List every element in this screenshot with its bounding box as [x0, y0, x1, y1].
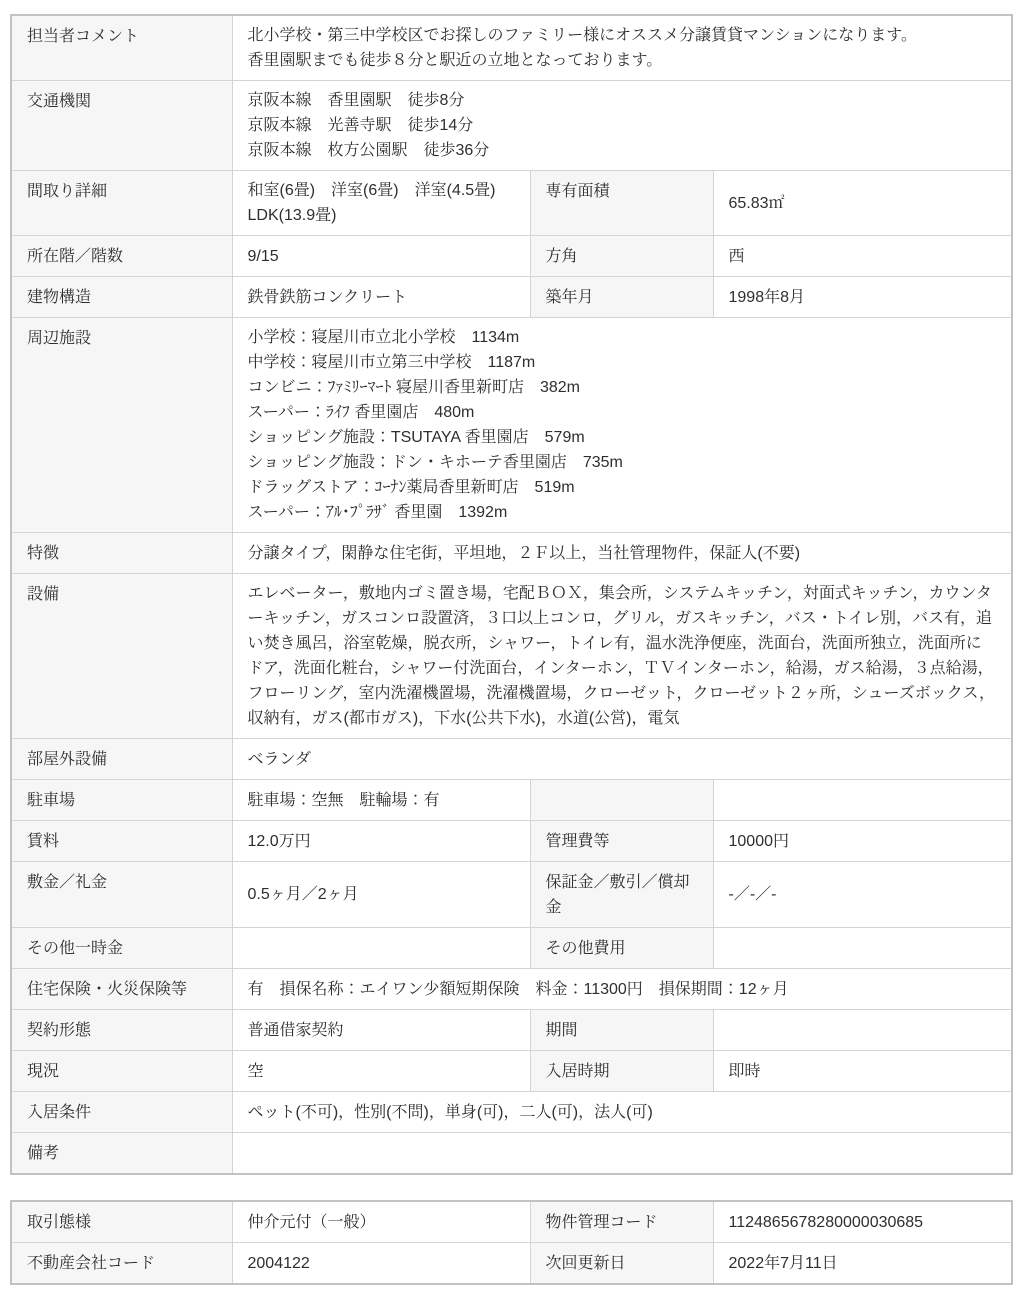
field-value: 0.5ヶ月／2ヶ月	[232, 862, 530, 928]
table-row: 現況空入居時期即時	[11, 1051, 1012, 1092]
transaction-info-table: 取引態様仲介元付（一般）物件管理コード112486567828000003068…	[10, 1200, 1013, 1285]
property-detail-table: 担当者コメント北小学校・第三中学校区でお探しのファミリー様にオススメ分譲賃貸マン…	[10, 14, 1013, 1175]
field-value: 12.0万円	[232, 821, 530, 862]
field-value: 1998年8月	[713, 277, 1012, 318]
field-label: 期間	[530, 1010, 713, 1051]
table-row: 敷金／礼金0.5ヶ月／2ヶ月保証金／敷引／償却金-／-／-	[11, 862, 1012, 928]
table-row: 担当者コメント北小学校・第三中学校区でお探しのファミリー様にオススメ分譲賃貸マン…	[11, 15, 1012, 81]
table-row: 周辺施設小学校：寝屋川市立北小学校 1134m 中学校：寝屋川市立第三中学校 1…	[11, 318, 1012, 533]
field-label: 賃料	[11, 821, 232, 862]
field-label	[530, 780, 713, 821]
table-row: 所在階／階数9/15方角西	[11, 236, 1012, 277]
table-row: 契約形態普通借家契約期間	[11, 1010, 1012, 1051]
field-label: 保証金／敷引／償却金	[530, 862, 713, 928]
field-value	[713, 928, 1012, 969]
field-value: 仲介元付（一般）	[232, 1201, 530, 1243]
field-label: 設備	[11, 574, 232, 739]
field-label: 物件管理コード	[530, 1201, 713, 1243]
field-label: 間取り詳細	[11, 171, 232, 236]
field-value: 鉄骨鉄筋コンクリート	[232, 277, 530, 318]
table-row: 駐車場駐車場：空無 駐輪場：有	[11, 780, 1012, 821]
field-value: 2022年7月11日	[713, 1243, 1012, 1285]
field-value: エレベーター，敷地内ゴミ置き場，宅配ＢＯＸ，集会所，システムキッチン，対面式キッ…	[232, 574, 1012, 739]
field-value: -／-／-	[713, 862, 1012, 928]
table-row: 建物構造鉄骨鉄筋コンクリート築年月1998年8月	[11, 277, 1012, 318]
field-value: 北小学校・第三中学校区でお探しのファミリー様にオススメ分譲賃貸マンションになりま…	[232, 15, 1012, 81]
field-value: 9/15	[232, 236, 530, 277]
field-value: 有 損保名称：エイワン少額短期保険 料金：11300円 損保期間：12ヶ月	[232, 969, 1012, 1010]
field-label: 入居条件	[11, 1092, 232, 1133]
table-row: 取引態様仲介元付（一般）物件管理コード112486567828000003068…	[11, 1201, 1012, 1243]
field-value: 和室(6畳) 洋室(6畳) 洋室(4.5畳) LDK(13.9畳)	[232, 171, 530, 236]
field-value: 京阪本線 香里園駅 徒歩8分 京阪本線 光善寺駅 徒歩14分 京阪本線 枚方公園…	[232, 81, 1012, 171]
field-value: 西	[713, 236, 1012, 277]
field-value: 即時	[713, 1051, 1012, 1092]
table-row: 備考	[11, 1133, 1012, 1175]
field-label: 管理費等	[530, 821, 713, 862]
field-label: 特徴	[11, 533, 232, 574]
field-label: 建物構造	[11, 277, 232, 318]
field-label: 住宅保険・火災保険等	[11, 969, 232, 1010]
table-row: 不動産会社コード2004122次回更新日2022年7月11日	[11, 1243, 1012, 1285]
property-detail-page: 担当者コメント北小学校・第三中学校区でお探しのファミリー様にオススメ分譲賃貸マン…	[0, 0, 1024, 1305]
field-label: その他費用	[530, 928, 713, 969]
field-value: 駐車場：空無 駐輪場：有	[232, 780, 530, 821]
table-row: その他一時金その他費用	[11, 928, 1012, 969]
field-label: 入居時期	[530, 1051, 713, 1092]
field-label: 周辺施設	[11, 318, 232, 533]
field-label: 所在階／階数	[11, 236, 232, 277]
field-label: 備考	[11, 1133, 232, 1175]
field-value: 小学校：寝屋川市立北小学校 1134m 中学校：寝屋川市立第三中学校 1187m…	[232, 318, 1012, 533]
table-row: 間取り詳細和室(6畳) 洋室(6畳) 洋室(4.5畳) LDK(13.9畳)専有…	[11, 171, 1012, 236]
field-label: 担当者コメント	[11, 15, 232, 81]
field-value: ベランダ	[232, 739, 1012, 780]
table-row: 賃料12.0万円管理費等10000円	[11, 821, 1012, 862]
field-label: 部屋外設備	[11, 739, 232, 780]
table-row: 設備エレベーター，敷地内ゴミ置き場，宅配ＢＯＸ，集会所，システムキッチン，対面式…	[11, 574, 1012, 739]
table-row: 住宅保険・火災保険等有 損保名称：エイワン少額短期保険 料金：11300円 損保…	[11, 969, 1012, 1010]
field-value: 65.83㎡	[713, 171, 1012, 236]
field-value	[232, 928, 530, 969]
field-value	[713, 780, 1012, 821]
field-value	[713, 1010, 1012, 1051]
field-value: 10000円	[713, 821, 1012, 862]
field-label: 敷金／礼金	[11, 862, 232, 928]
table-row: 特徴分譲タイプ，閑静な住宅街，平坦地，２Ｆ以上，当社管理物件，保証人(不要)	[11, 533, 1012, 574]
field-label: 不動産会社コード	[11, 1243, 232, 1285]
table-row: 交通機関京阪本線 香里園駅 徒歩8分 京阪本線 光善寺駅 徒歩14分 京阪本線 …	[11, 81, 1012, 171]
field-label: 取引態様	[11, 1201, 232, 1243]
field-label: 次回更新日	[530, 1243, 713, 1285]
field-value	[232, 1133, 1012, 1175]
table-row: 入居条件ペット(不可)，性別(不問)，単身(可)，二人(可)，法人(可)	[11, 1092, 1012, 1133]
field-value: 空	[232, 1051, 530, 1092]
field-label: 駐車場	[11, 780, 232, 821]
field-label: 専有面積	[530, 171, 713, 236]
field-label: 築年月	[530, 277, 713, 318]
field-label: 交通機関	[11, 81, 232, 171]
field-label: 方角	[530, 236, 713, 277]
field-label: その他一時金	[11, 928, 232, 969]
field-value: ペット(不可)，性別(不問)，単身(可)，二人(可)，法人(可)	[232, 1092, 1012, 1133]
field-label: 現況	[11, 1051, 232, 1092]
field-label: 契約形態	[11, 1010, 232, 1051]
table-row: 部屋外設備ベランダ	[11, 739, 1012, 780]
field-value: 2004122	[232, 1243, 530, 1285]
field-value: 普通借家契約	[232, 1010, 530, 1051]
field-value: 1124865678280000030685	[713, 1201, 1012, 1243]
field-value: 分譲タイプ，閑静な住宅街，平坦地，２Ｆ以上，当社管理物件，保証人(不要)	[232, 533, 1012, 574]
